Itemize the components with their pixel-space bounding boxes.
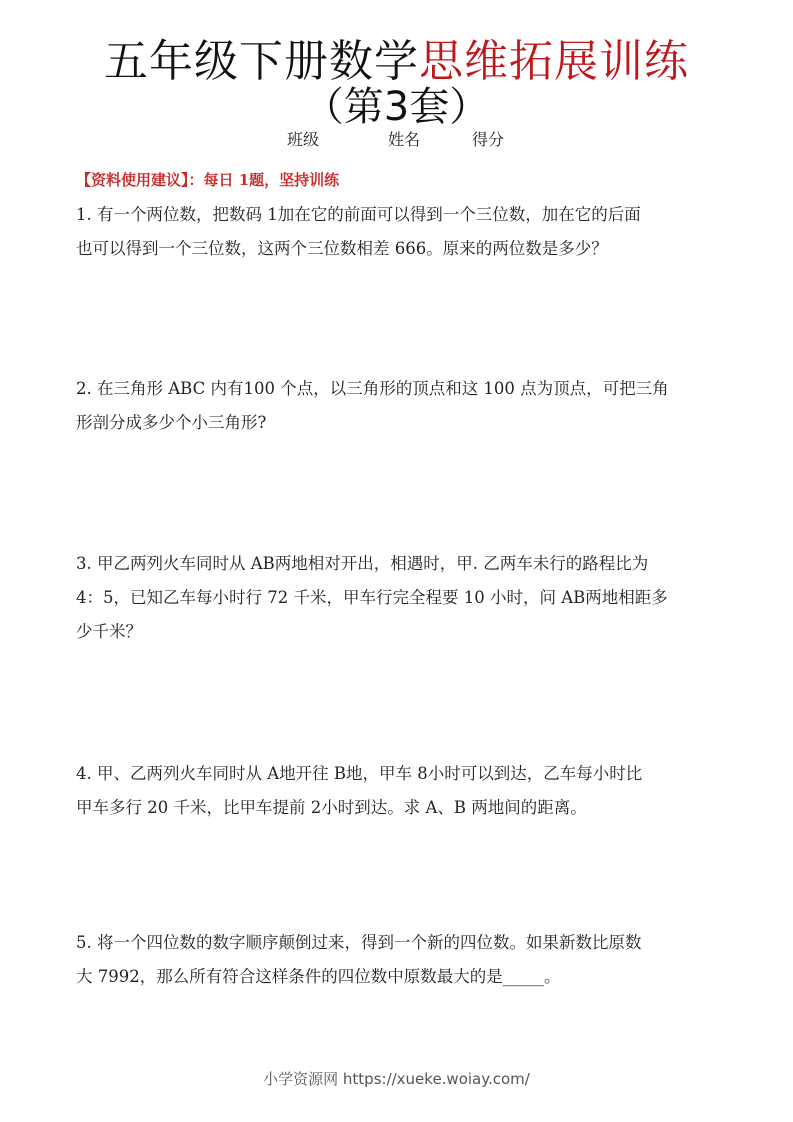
title-red-part: 思维拓展训练: [419, 36, 689, 87]
question-line: 2. 在三角形 ABC 内有100 个点，以三角形的顶点和这 100 点为顶点，…: [76, 372, 726, 406]
question-line: 也可以得到一个三位数，这两个三位数相差 666。原来的两位数是多少？: [76, 232, 726, 266]
footer-source: 小学资源网 https://xueke.woiay.com/: [0, 1068, 793, 1089]
title-black-part: 五年级下册数学: [104, 36, 419, 87]
question-line: 甲车多行 20 千米，比甲车提前 2小时到达。求 A、B 两地间的距离。: [76, 791, 726, 825]
question-3: 3. 甲乙两列火车同时从 AB两地相对开出，相遇时，甲. 乙两车未行的路程比为 …: [76, 547, 726, 649]
page-title: 五年级下册数学思维拓展训练: [0, 36, 793, 88]
question-line: 4. 甲、乙两列火车同时从 A地开往 B地，甲车 8小时可以到达，乙车每小时比: [76, 757, 726, 791]
class-label: 班级: [287, 127, 319, 150]
question-1: 1. 有一个两位数，把数码 1加在它的前面可以得到一个三位数，加在它的后面 也可…: [76, 198, 726, 266]
question-line: 大 7992，那么所有符合这样条件的四位数中原数最大的是_____。: [76, 960, 726, 994]
question-5: 5. 将一个四位数的数字顺序颠倒过来，得到一个新的四位数。如果新数比原数 大 7…: [76, 926, 726, 994]
question-2: 2. 在三角形 ABC 内有100 个点，以三角形的顶点和这 100 点为顶点，…: [76, 372, 726, 440]
question-line: 4：5，已知乙车每小时行 72 千米，甲车行完全程要 10 小时，问 AB两地相…: [76, 581, 726, 615]
question-line: 少千米？: [76, 615, 726, 649]
page-subtitle: （第3套）: [0, 84, 793, 130]
score-label: 得分: [472, 127, 504, 150]
question-line: 形剖分成多少个小三角形?: [76, 406, 726, 440]
question-line: 5. 将一个四位数的数字顺序颠倒过来，得到一个新的四位数。如果新数比原数: [76, 926, 726, 960]
student-info-row: 班级 姓名 得分: [0, 127, 793, 149]
question-line: 3. 甲乙两列火车同时从 AB两地相对开出，相遇时，甲. 乙两车未行的路程比为: [76, 547, 726, 581]
question-4: 4. 甲、乙两列火车同时从 A地开往 B地，甲车 8小时可以到达，乙车每小时比 …: [76, 757, 726, 825]
usage-note: 【资料使用建议】：每日 1题，坚持训练: [76, 170, 339, 190]
question-line: 1. 有一个两位数，把数码 1加在它的前面可以得到一个三位数，加在它的后面: [76, 198, 726, 232]
name-label: 姓名: [388, 127, 420, 150]
